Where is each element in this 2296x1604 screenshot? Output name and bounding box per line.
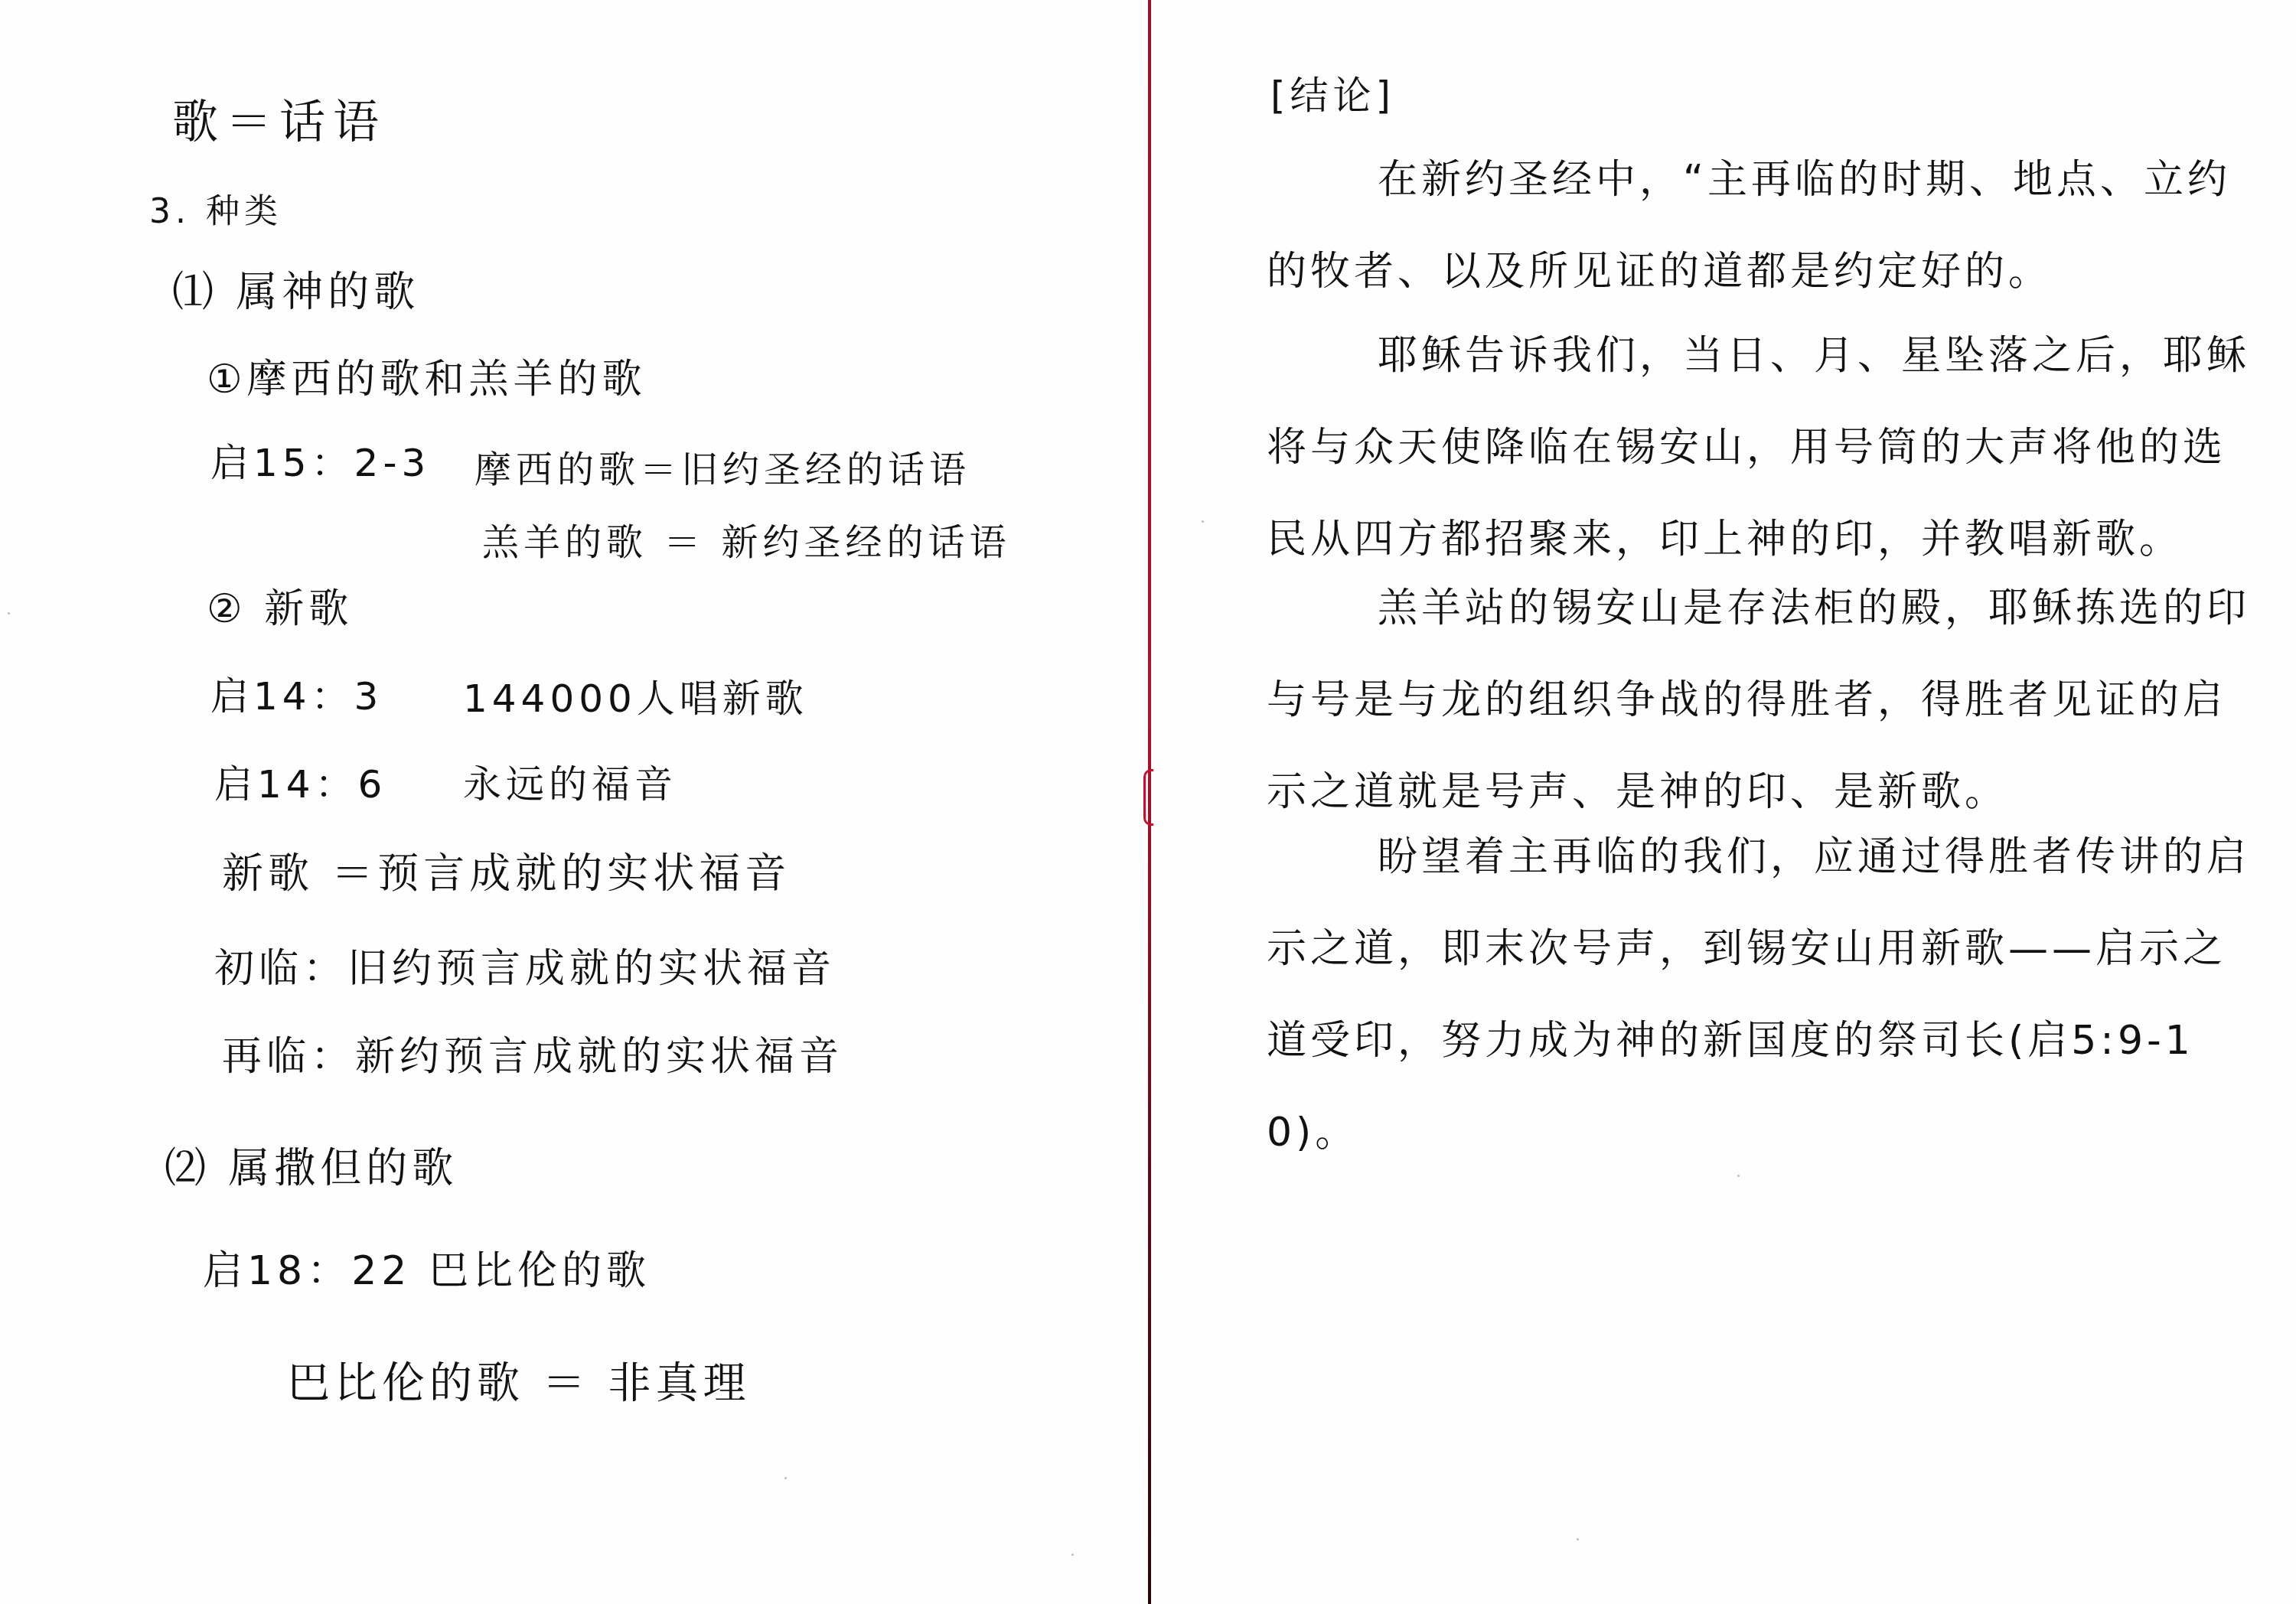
conclusion-paragraph: 在新约圣经中，“主再临的时期、地点、立约的牧者、以及所见证的道都是约定好的。 bbox=[1267, 134, 2254, 318]
conclusion-paragraph: 羔羊站的锡安山是存法柜的殿，耶稣拣选的印与号是与龙的组织争战的得胜者，得胜者见证… bbox=[1267, 562, 2254, 838]
equation-lamb-song: 羔羊的歌 ＝ 新约圣经的话语 bbox=[482, 524, 1011, 561]
scripture-ref: 启14：6 bbox=[214, 765, 386, 804]
paper-speck bbox=[1737, 1175, 1740, 1177]
conclusion-paragraph: 盼望着主再临的我们，应通过得胜者传讲的启示之道，即末次号声，到锡安山用新歌——启… bbox=[1267, 811, 2254, 1179]
scripture-ref: 启18：22 bbox=[203, 1251, 411, 1291]
scripture-note: 巴比伦的歌 bbox=[429, 1251, 651, 1291]
paper-speck bbox=[1577, 1538, 1579, 1540]
binding-thread-loop bbox=[1143, 769, 1153, 826]
item-moses-and-lamb-song: ①摩西的歌和羔羊的歌 bbox=[207, 360, 647, 399]
scripture-ref: 启14：3 bbox=[210, 677, 383, 716]
subsection-songs-of-satan: ⑵ 属撒但的歌 bbox=[165, 1148, 458, 1189]
definition-second-coming: 再临：新约预言成就的实状福音 bbox=[222, 1037, 843, 1077]
paper-speck bbox=[784, 1477, 787, 1479]
definition-first-coming: 初临：旧约预言成就的实状福音 bbox=[214, 949, 836, 989]
left-page: 歌＝话语 3. 种类 ⑴ 属神的歌 ①摩西的歌和羔羊的歌 启15：2-3 摩西的… bbox=[0, 0, 1148, 1604]
conclusion-heading: [结论] bbox=[1270, 77, 1395, 115]
definition-new-song: 新歌 ＝预言成就的实状福音 bbox=[222, 853, 791, 895]
definition-babylon-song: 巴比伦的歌 ＝ 非真理 bbox=[287, 1362, 751, 1405]
subsection-songs-of-god: ⑴ 属神的歌 bbox=[172, 272, 419, 313]
page-title: 歌＝话语 bbox=[172, 99, 386, 145]
notebook-spread: 歌＝话语 3. 种类 ⑴ 属神的歌 ①摩西的歌和羔羊的歌 启15：2-3 摩西的… bbox=[0, 0, 2296, 1604]
equation-moses-song: 摩西的歌＝旧约圣经的话语 bbox=[475, 452, 970, 488]
conclusion-paragraph: 耶稣告诉我们，当日、月、星坠落之后，耶稣将与众天使降临在锡安山，用号筒的大声将他… bbox=[1267, 310, 2254, 585]
scripture-note: 144000人唱新歌 bbox=[463, 680, 808, 718]
scripture-note: 永远的福音 bbox=[463, 765, 677, 804]
scripture-ref: 启15：2-3 bbox=[210, 444, 430, 482]
paper-speck bbox=[1202, 520, 1204, 523]
paper-speck bbox=[1071, 1553, 1074, 1556]
section-heading-types: 3. 种类 bbox=[149, 195, 282, 229]
item-new-song: ② 新歌 bbox=[207, 589, 353, 629]
paper-speck bbox=[8, 612, 10, 615]
